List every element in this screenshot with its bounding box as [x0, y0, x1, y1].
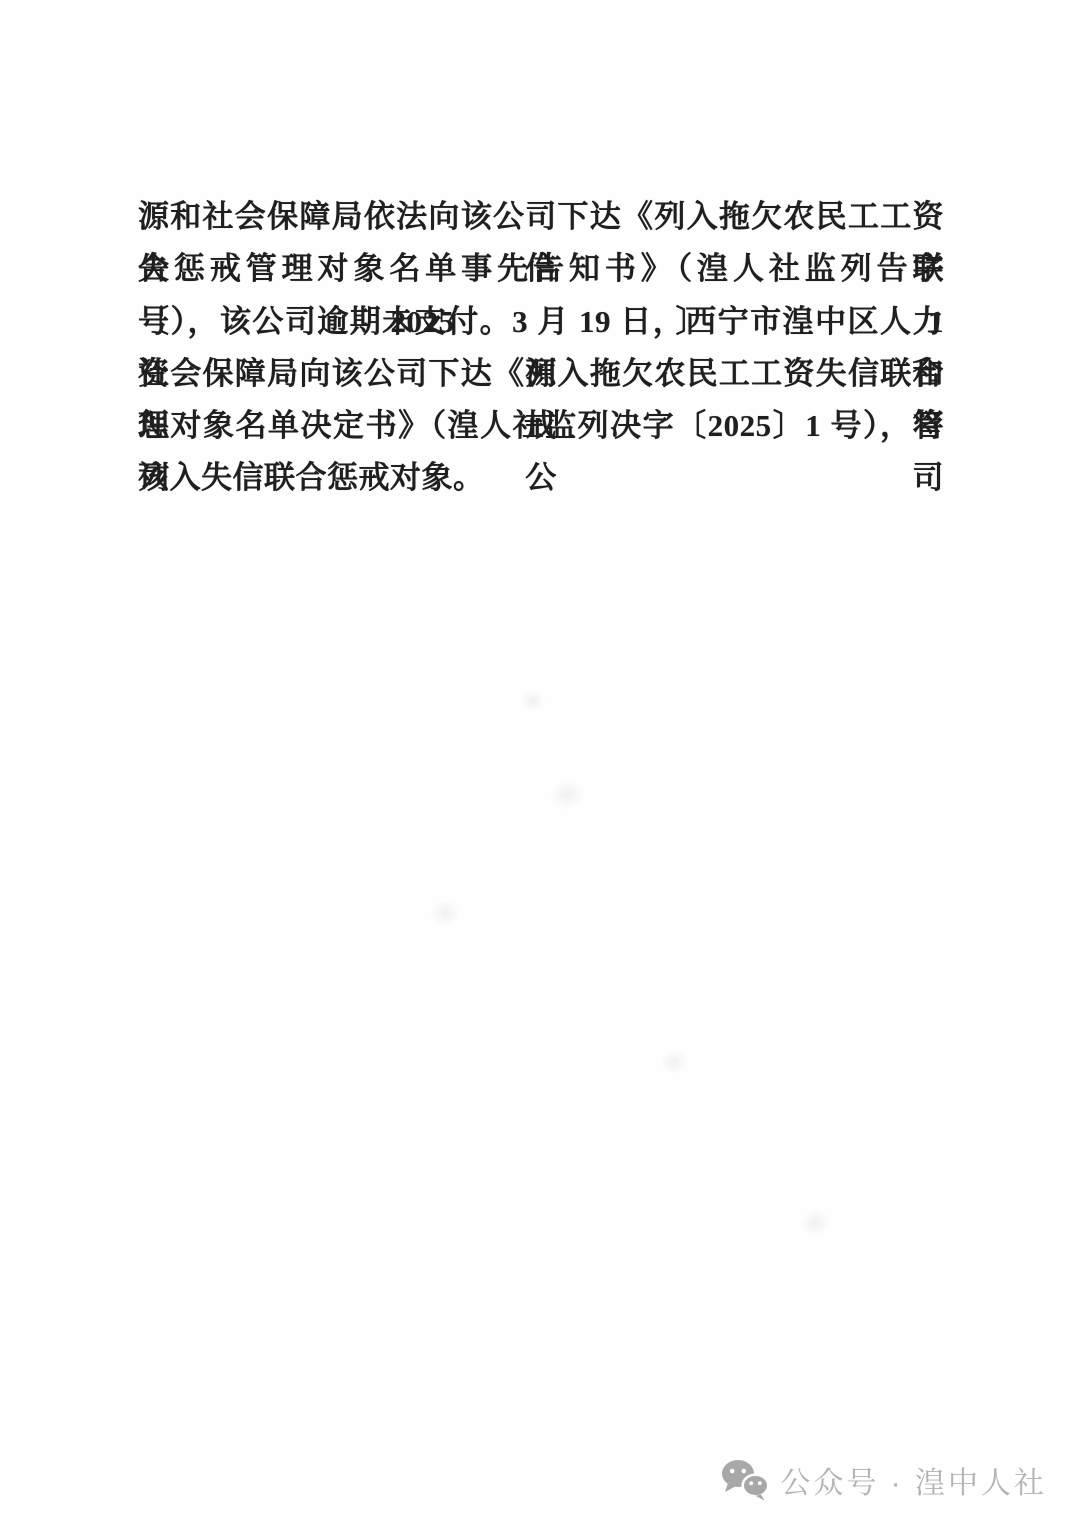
document-line-5: 理对象名单决定书》（湟人社监列决字〔2025〕1 号），将该公司	[138, 400, 944, 452]
scanned-document-page: 源和社会保障局依法向该公司下达《列入拖欠农民工工资失信联 合惩戒管理对象名单事先…	[0, 0, 1080, 1527]
document-line-1: 源和社会保障局依法向该公司下达《列入拖欠农民工工资失信联	[138, 191, 944, 243]
public-account-watermark: 公众号 · 湟中人社	[721, 1458, 1047, 1502]
document-line-2: 合惩戒管理对象名单事先告知书》（湟人社监列告字〔2025〕1	[138, 243, 944, 295]
scan-noise-speck	[800, 1210, 830, 1236]
document-paragraph: 源和社会保障局依法向该公司下达《列入拖欠农民工工资失信联 合惩戒管理对象名单事先…	[138, 191, 944, 505]
scan-noise-speck	[550, 780, 584, 810]
scan-noise-speck	[430, 900, 460, 926]
watermark-label: 公众号 · 湟中人社	[780, 1458, 1047, 1502]
scan-noise-speck	[660, 1050, 688, 1074]
document-line-3: 号），该公司逾期未支付。3 月 19 日，西宁市湟中区人力资源和	[138, 296, 944, 348]
scan-noise-speck	[520, 690, 546, 712]
document-line-4: 社会保障局向该公司下达《列入拖欠农民工工资失信联合惩戒管	[138, 348, 944, 400]
wechat-icon	[721, 1459, 769, 1501]
